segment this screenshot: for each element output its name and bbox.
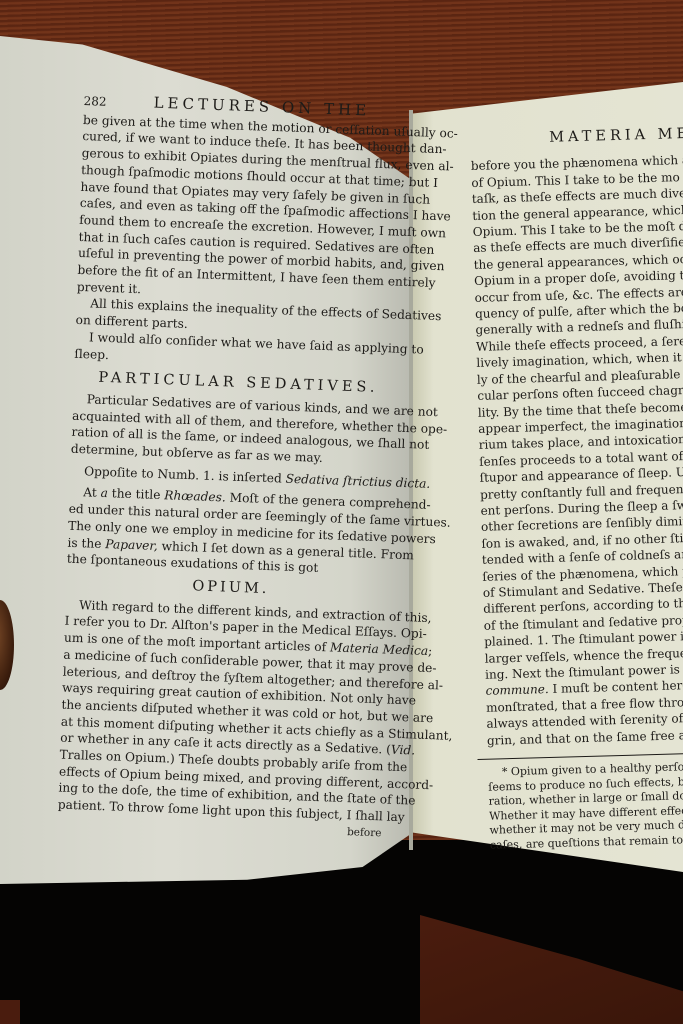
footnote: * Opium given to a healthy perſon, ſeems… xyxy=(488,759,683,853)
paragraph-1: be given at the time when the motion or … xyxy=(77,112,414,308)
left-page-text: 282 LECTURES ON THE be given at the time… xyxy=(57,92,414,842)
right-page-text: MATERIA ME before you the phænomena whic… xyxy=(470,125,683,853)
paragraph-6: At a the title Rhœades. Moſt of the gene… xyxy=(67,484,400,580)
paragraph-7: With regard to the different kinds, and … xyxy=(57,596,395,842)
wood-table-corner xyxy=(0,1000,20,1024)
footnote-rule xyxy=(478,752,683,760)
page-number: 282 xyxy=(83,93,154,112)
paragraph-4: Particular Sedatives are of various kind… xyxy=(71,391,403,470)
right-body: before you the phænomena which app of Op… xyxy=(471,152,683,749)
